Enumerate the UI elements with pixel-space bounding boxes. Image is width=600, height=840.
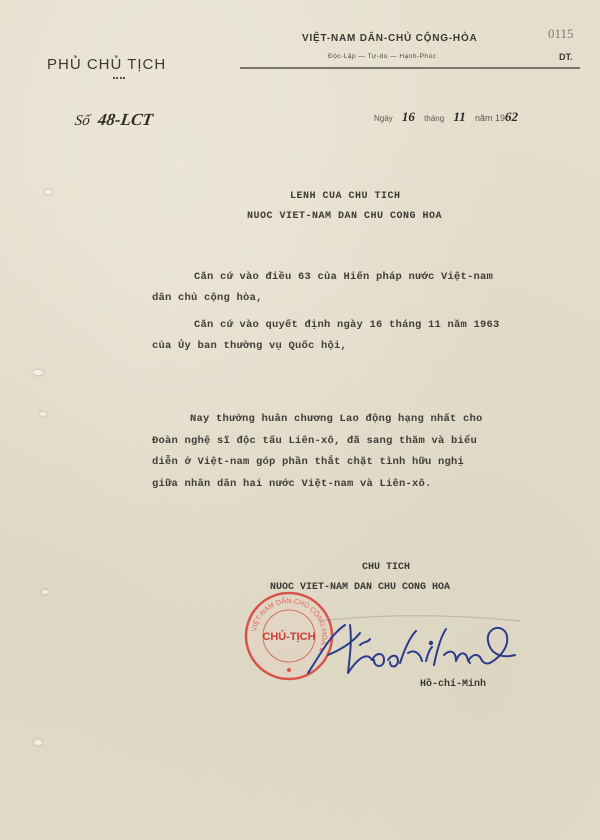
- republic-name: VIỆT-NAM DÂN-CHỦ CỘNG-HÒA: [302, 33, 478, 44]
- date-day-label: Ngày: [374, 114, 393, 123]
- national-motto: Độc-Lập — Tự-do — Hạnh-Phúc: [328, 53, 436, 60]
- date-year-label: năm 19: [475, 113, 505, 123]
- paragraph-3-line-4: giữa nhân dân hai nước Việt-nam và Liên-…: [152, 478, 432, 490]
- handwritten-signature: [300, 615, 530, 685]
- order-subtitle: NUOC VIET-NAM DAN CHU CONG HOA: [247, 211, 442, 222]
- paragraph-2-line-1: Căn cứ vào quyết định ngày 16 tháng 11 n…: [194, 319, 500, 331]
- reference-number: Số48-LCT: [74, 110, 155, 130]
- order-title: LENH CUA CHU TICH: [290, 191, 401, 202]
- signatory-name: Hồ-chí-Minh: [420, 679, 486, 690]
- paper-spot: [40, 412, 46, 416]
- archive-code: 0115: [548, 26, 574, 42]
- paragraph-3-line-2: Đoàn nghệ sĩ độc tấu Liên-xô, đã sang th…: [152, 435, 477, 447]
- header-rule: [240, 67, 580, 69]
- signatory-title: CHU TICH: [362, 562, 410, 573]
- reference-prefix: Số: [74, 113, 91, 129]
- paper-spot: [45, 190, 52, 194]
- paper-spot: [33, 370, 43, 375]
- paragraph-1-line-1: Căn cứ vào điều 63 của Hiến pháp nước Vi…: [194, 271, 493, 283]
- document-date: Ngày 16 tháng 11 năm 1962: [374, 109, 525, 125]
- office-divider: [113, 77, 125, 82]
- paragraph-2-line-2: của Ủy ban thường vụ Quốc hội,: [152, 340, 347, 352]
- paper-spot: [42, 590, 49, 594]
- date-day: 16: [402, 109, 415, 124]
- paragraph-3-line-1: Nay thưởng huân chương Lao động hạng nhấ…: [190, 413, 483, 425]
- office-title: PHỦ CHỦ TỊCH: [47, 56, 166, 73]
- paragraph-1-line-2: dân chủ cộng hòa,: [152, 292, 263, 304]
- reference-value: 48-LCT: [97, 110, 154, 129]
- date-year-suffix: 62: [505, 109, 518, 124]
- archive-suffix: DT.: [559, 52, 573, 62]
- paragraph-3-line-3: diễn ở Việt-nam góp phần thắt chặt tình …: [152, 456, 464, 468]
- date-month: 11: [453, 109, 465, 124]
- paper-spot: [34, 740, 42, 745]
- date-month-label: tháng: [424, 114, 444, 123]
